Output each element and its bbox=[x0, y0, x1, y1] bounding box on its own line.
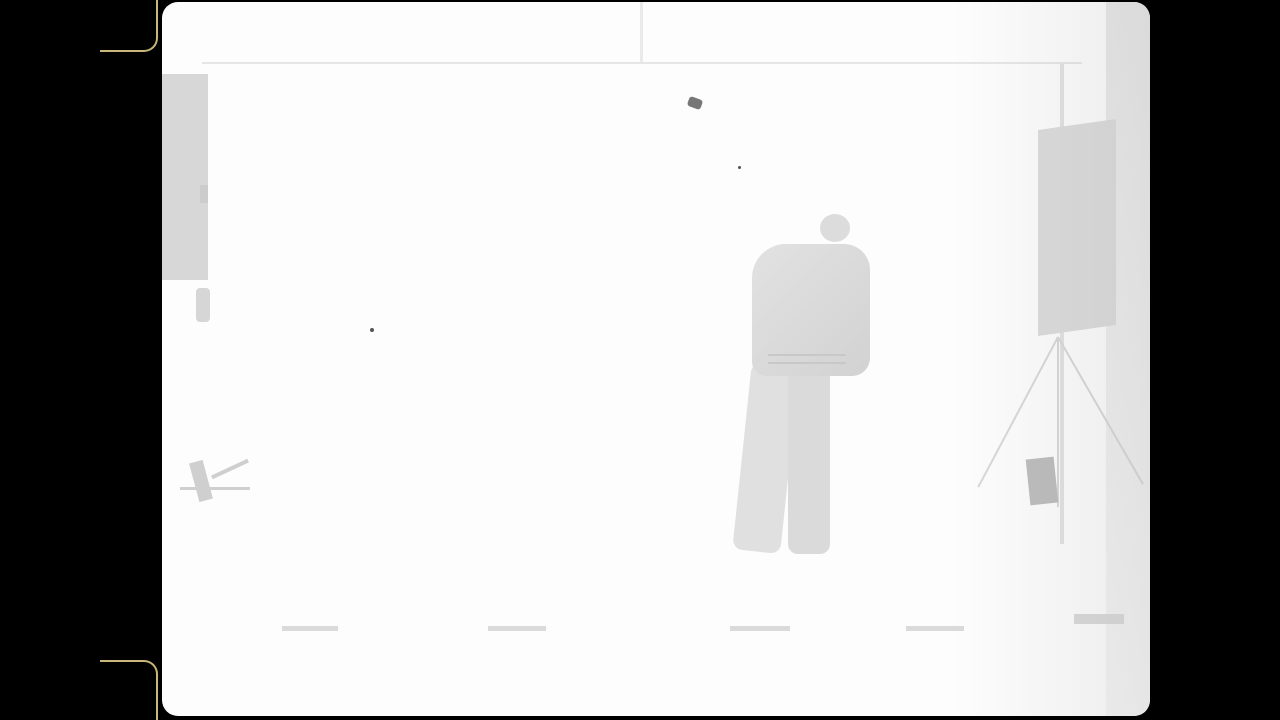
film-sprocket-top bbox=[100, 0, 158, 52]
vignette bbox=[162, 2, 1150, 716]
film-sprocket-bottom bbox=[100, 660, 158, 720]
film-frame bbox=[162, 2, 1150, 716]
